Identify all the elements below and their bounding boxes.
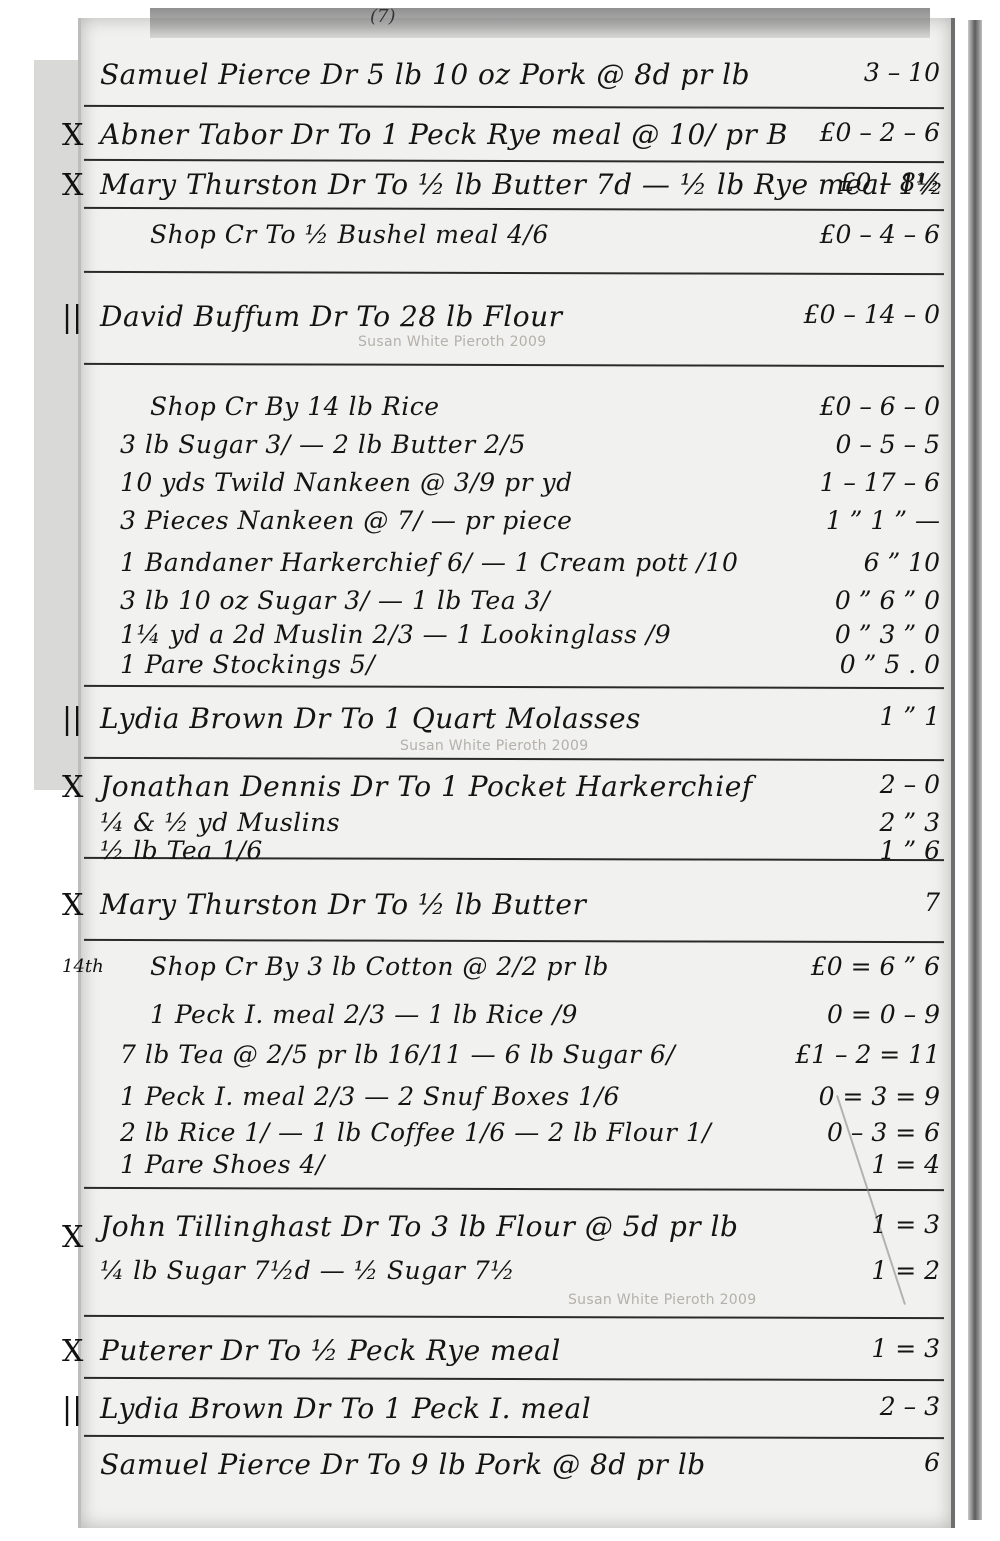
watermark: Susan White Pieroth 2009 [568, 1292, 756, 1308]
entry-text: Shop Cr To ½ Bushel meal 4/6 [150, 220, 549, 249]
entry-text: 1 Pare Shoes 4/ [120, 1150, 325, 1179]
entry-amount: 1 ” 6 [880, 836, 941, 865]
double-bar-mark-icon: || [62, 300, 82, 335]
entry-amount: 1 = 2 [871, 1256, 940, 1285]
entry-text: 3 lb Sugar 3/ — 2 lb Butter 2/5 [120, 430, 526, 459]
entry-text: 2 lb Rice 1/ — 1 lb Coffee 1/6 — 2 lb Fl… [120, 1118, 711, 1147]
watermark: Susan White Pieroth 2009 [358, 334, 546, 350]
ledger-entry: Shop Cr To ½ Bushel meal 4/6 £0 – 4 – 6 [100, 220, 940, 260]
ledger-entry: Jonathan Dennis Dr To 1 Pocket Harkerchi… [100, 770, 940, 810]
cross-mark-icon: X [62, 770, 83, 805]
entry-amount: £0 – 4 – 6 [820, 220, 940, 249]
entry-amount: £0 – 6 – 0 [820, 392, 940, 421]
entry-amount: 1 ” 1 ” — [826, 506, 940, 535]
entry-text: Shop Cr By 14 lb Rice [150, 392, 440, 421]
ledger-entry: Samuel Pierce Dr 5 lb 10 oz Pork @ 8d pr… [100, 58, 940, 98]
entry-amount: 0 ” 6 ” 0 [835, 586, 940, 615]
entry-amount: £0 – 8½ [840, 168, 940, 197]
double-bar-mark-icon: || [62, 702, 82, 737]
entry-text: Puterer Dr To ½ Peck Rye meal [100, 1334, 561, 1367]
ledger-entry: Abner Tabor Dr To 1 Peck Rye meal @ 10/ … [100, 118, 940, 158]
ledger-entry: Lydia Brown Dr To 1 Peck I. meal 2 – 3 [100, 1392, 940, 1432]
entry-text: Shop Cr By 3 lb Cotton @ 2/2 pr lb [150, 952, 609, 981]
entry-amount: £0 – 14 – 0 [804, 300, 940, 329]
entry-amount: 1 – 17 – 6 [820, 468, 940, 497]
ledger-entry: 3 lb Sugar 3/ — 2 lb Butter 2/5 0 – 5 – … [100, 430, 940, 470]
entry-amount: 7 [924, 888, 940, 917]
entry-amount: 1 = 3 [871, 1210, 940, 1239]
entry-amount: 3 – 10 [864, 58, 940, 87]
entry-text: Lydia Brown Dr To 1 Peck I. meal [100, 1392, 591, 1425]
ledger-entry: Puterer Dr To ½ Peck Rye meal 1 = 3 [100, 1334, 940, 1374]
entry-amount: 2 ” 3 [880, 808, 941, 837]
entry-text: 3 lb 10 oz Sugar 3/ — 1 lb Tea 3/ [120, 586, 550, 615]
cross-mark-icon: X [62, 168, 83, 203]
entry-text: 1 Peck I. meal 2/3 — 2 Snuf Boxes 1/6 [120, 1082, 620, 1111]
ledger-entry: 10 yds Twild Nankeen @ 3/9 pr yd 1 – 17 … [100, 468, 940, 508]
double-bar-mark-icon: || [62, 1392, 82, 1427]
ledger-entry: John Tillinghast Dr To 3 lb Flour @ 5d p… [100, 1210, 940, 1250]
entry-text: 3 Pieces Nankeen @ 7/ — pr piece [120, 506, 572, 535]
entry-text: Jonathan Dennis Dr To 1 Pocket Harkerchi… [100, 770, 753, 803]
entry-text: ¼ & ½ yd Muslins [100, 808, 340, 837]
entry-amount: 0 ” 3 ” 0 [835, 620, 940, 649]
entry-text: Lydia Brown Dr To 1 Quart Molasses [100, 702, 641, 735]
date-margin-label: 14th [62, 956, 104, 977]
entry-amount: 0 = 0 – 9 [827, 1000, 940, 1029]
entry-amount: £0 – 2 – 6 [820, 118, 940, 147]
ledger-entry: 1 Pare Stockings 5/ 0 ” 5 . 0 [100, 650, 940, 690]
cross-mark-icon: X [62, 1334, 83, 1369]
entry-amount: 1 = 4 [871, 1150, 940, 1179]
entry-amount: 6 ” 10 [864, 548, 940, 577]
entry-amount: 6 [924, 1448, 940, 1477]
ledger-entry: ¼ lb Sugar 7½d — ½ Sugar 7½ 1 = 2 [100, 1256, 940, 1296]
entry-text: 1¼ yd a 2d Muslin 2/3 — 1 Lookinglass /9 [120, 620, 671, 649]
entry-amount: 1 ” 1 [880, 702, 941, 731]
entry-text: 10 yds Twild Nankeen @ 3/9 pr yd [120, 468, 573, 497]
entry-text: 1 Peck I. meal 2/3 — 1 lb Rice /9 [150, 1000, 578, 1029]
entry-text: ¼ lb Sugar 7½d — ½ Sugar 7½ [100, 1256, 515, 1285]
ledger-entry: Lydia Brown Dr To 1 Quart Molasses 1 ” 1 [100, 702, 940, 742]
ledger-entry: 1 Bandaner Harkerchief 6/ — 1 Cream pott… [100, 548, 940, 588]
entry-text: John Tillinghast Dr To 3 lb Flour @ 5d p… [100, 1210, 738, 1243]
watermark: Susan White Pieroth 2009 [400, 738, 588, 754]
ledger-entry: 1 Peck I. meal 2/3 — 2 Snuf Boxes 1/6 0 … [100, 1082, 940, 1122]
entry-text: Samuel Pierce Dr 5 lb 10 oz Pork @ 8d pr… [100, 58, 750, 91]
ledger-entry: Shop Cr By 3 lb Cotton @ 2/2 pr lb £0 = … [100, 952, 940, 992]
ledger-entry: ½ lb Tea 1/6 1 ” 6 [100, 836, 940, 876]
entry-amount: 1 = 3 [871, 1334, 940, 1363]
binding-edge [968, 20, 982, 1520]
entry-text: ½ lb Tea 1/6 [100, 836, 263, 865]
entry-amount: 2 – 3 [880, 1392, 940, 1421]
entry-text: 1 Bandaner Harkerchief 6/ — 1 Cream pott… [120, 548, 738, 577]
entry-text: 1 Pare Stockings 5/ [120, 650, 375, 679]
ledger-entry: 1 Peck I. meal 2/3 — 1 lb Rice /9 0 = 0 … [100, 1000, 940, 1040]
ledger-entry: Shop Cr By 14 lb Rice £0 – 6 – 0 [100, 392, 940, 432]
ledger-entry: 1 Pare Shoes 4/ 1 = 4 [100, 1150, 940, 1190]
cross-mark-icon: X [62, 888, 83, 923]
entry-text: Mary Thurston Dr To ½ lb Butter 7d — ½ l… [100, 168, 944, 201]
entry-amount: £1 – 2 = 11 [795, 1040, 940, 1069]
entry-amount: 2 – 0 [880, 770, 940, 799]
ledger-entry: 3 Pieces Nankeen @ 7/ — pr piece 1 ” 1 ”… [100, 506, 940, 546]
page-top-edge [150, 8, 930, 38]
entry-amount: 0 – 5 – 5 [835, 430, 940, 459]
page-header-mark: (7) [370, 6, 396, 27]
cross-mark-icon: X [62, 1220, 83, 1255]
entry-amount: £0 = 6 ” 6 [811, 952, 940, 981]
ledger-entry: Mary Thurston Dr To ½ lb Butter 7d — ½ l… [100, 168, 940, 208]
entry-text: Samuel Pierce Dr To 9 lb Pork @ 8d pr lb [100, 1448, 706, 1481]
entry-text: Abner Tabor Dr To 1 Peck Rye meal @ 10/ … [100, 118, 788, 151]
ledger-entry: Mary Thurston Dr To ½ lb Butter 7 [100, 888, 940, 928]
entry-text: 7 lb Tea @ 2/5 pr lb 16/11 — 6 lb Sugar … [120, 1040, 675, 1069]
entry-amount: 0 ” 5 . 0 [840, 650, 940, 679]
ledger-entry: Samuel Pierce Dr To 9 lb Pork @ 8d pr lb… [100, 1448, 940, 1488]
entry-text: Mary Thurston Dr To ½ lb Butter [100, 888, 586, 921]
ledger-entry: 7 lb Tea @ 2/5 pr lb 16/11 — 6 lb Sugar … [100, 1040, 940, 1080]
entry-text: David Buffum Dr To 28 lb Flour [100, 300, 563, 333]
cross-mark-icon: X [62, 118, 83, 153]
